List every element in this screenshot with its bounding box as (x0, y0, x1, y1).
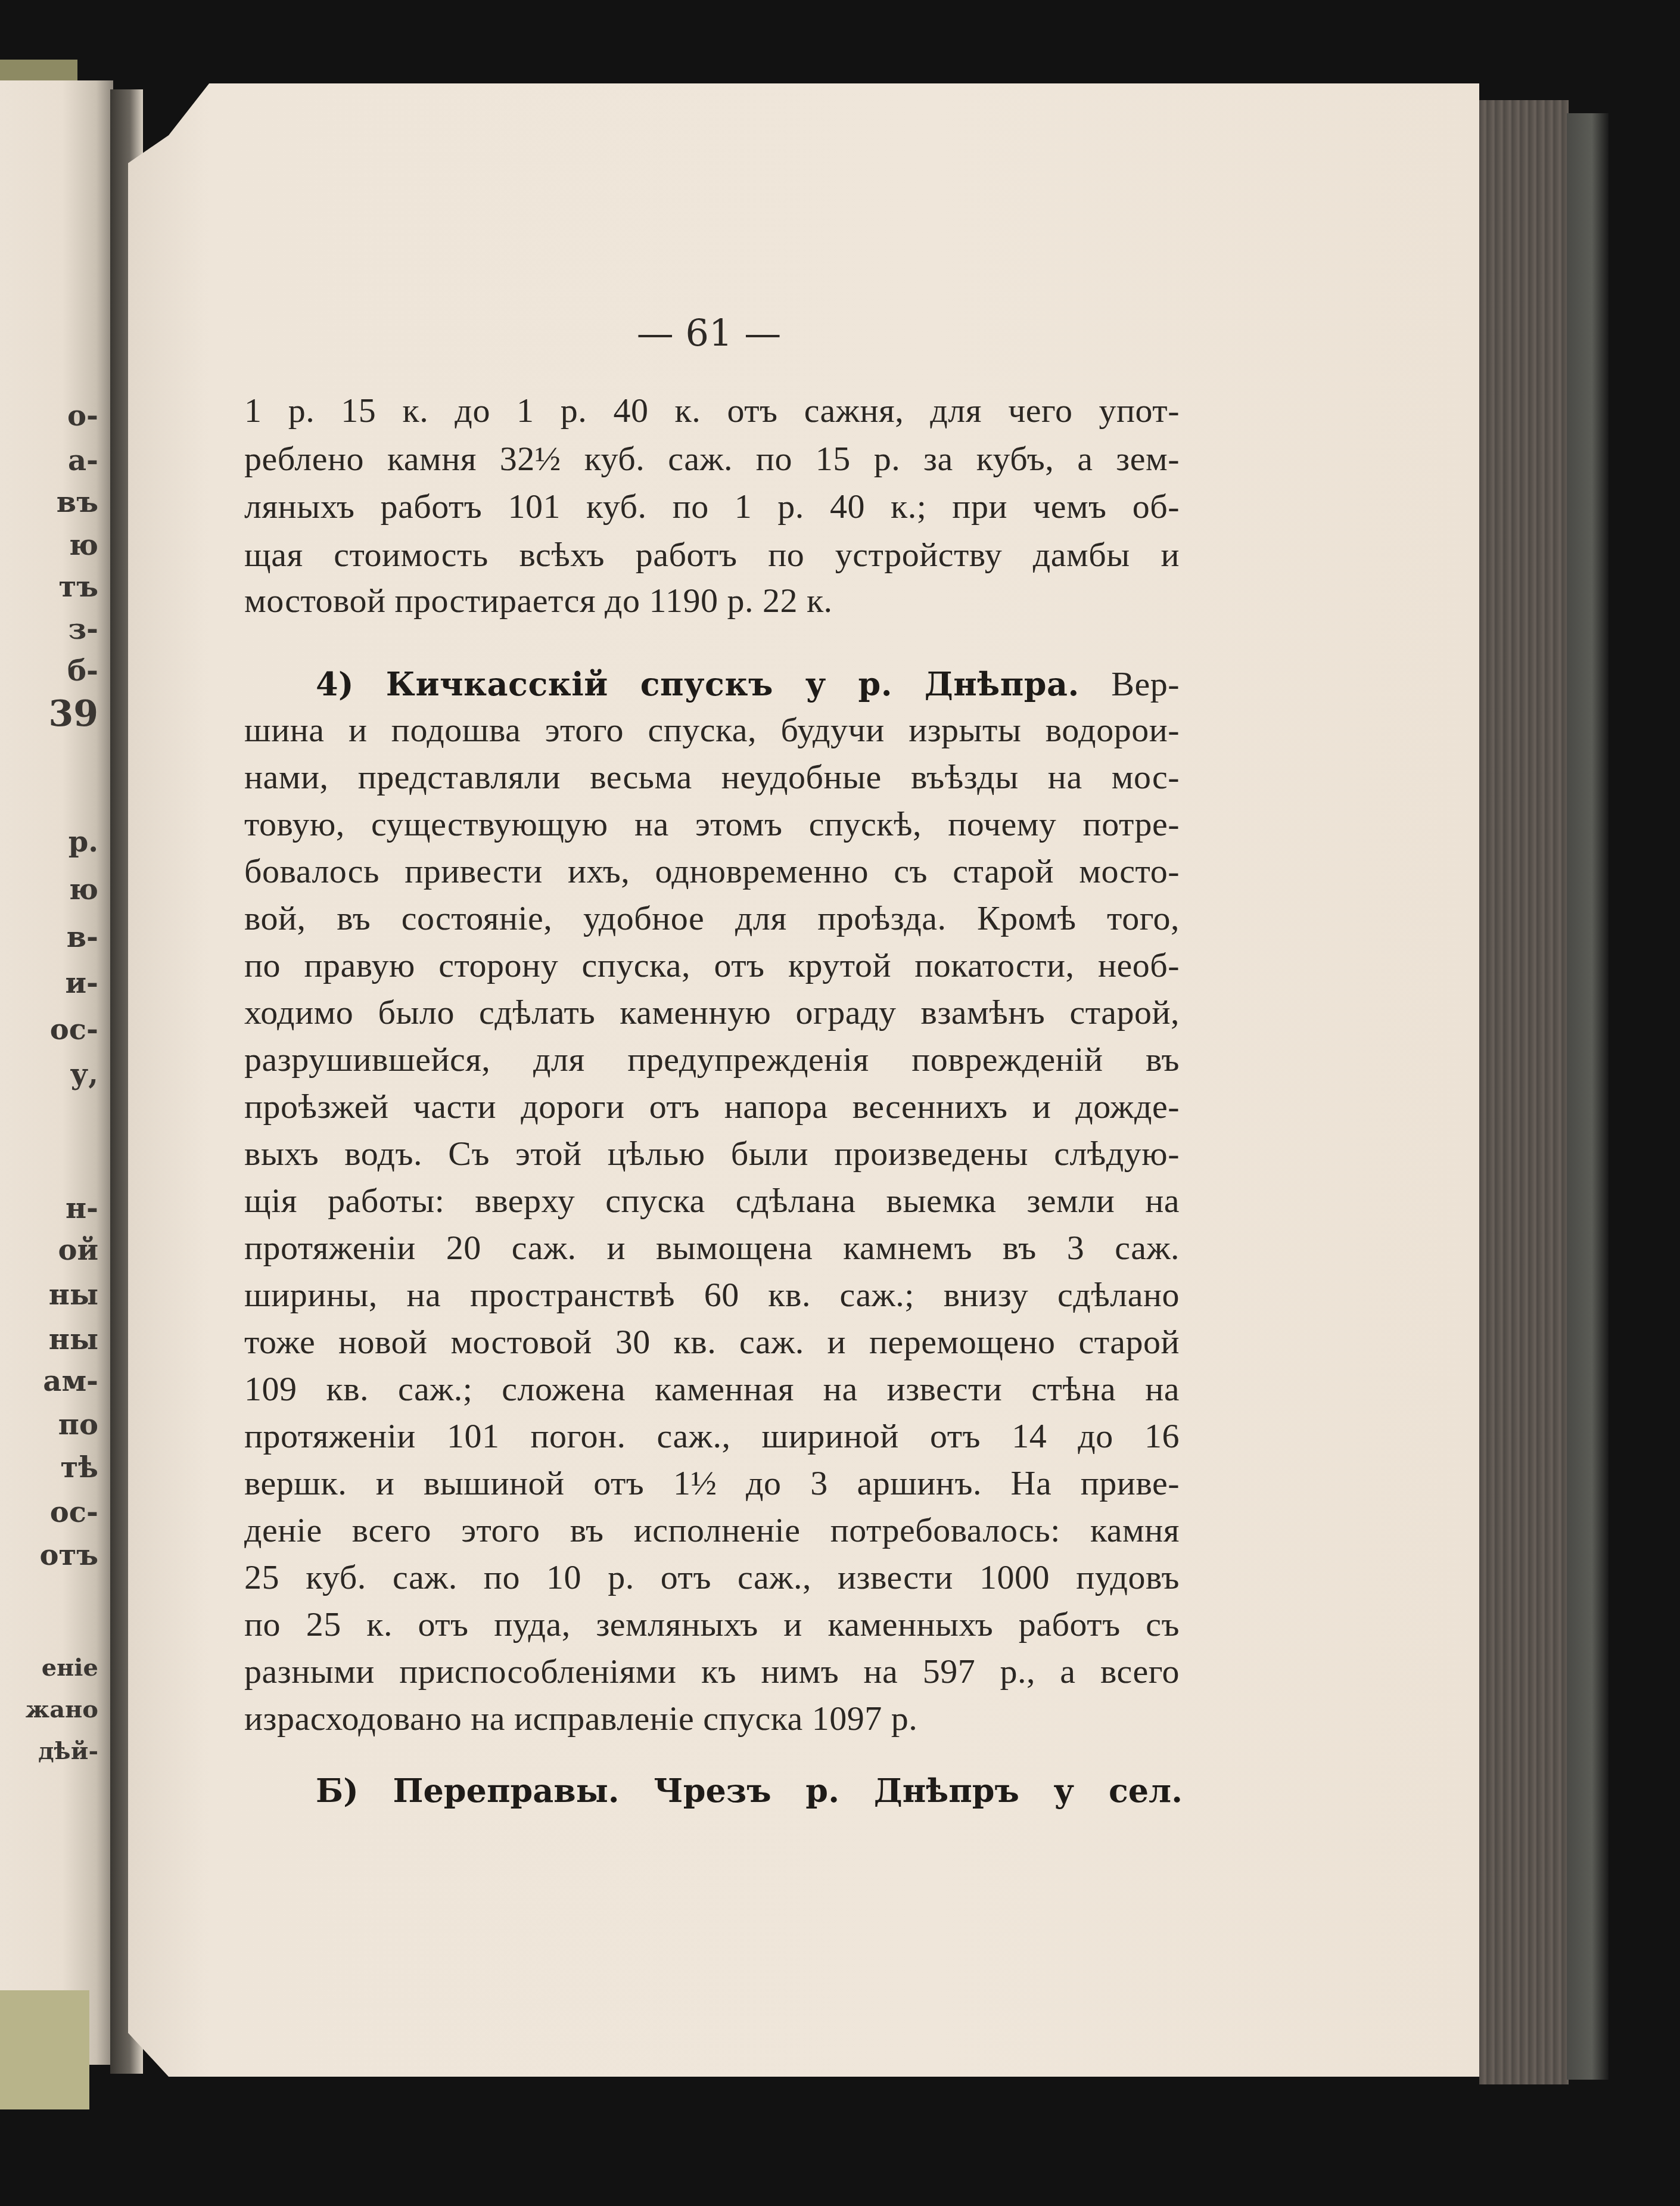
text-line: по 25 к. отъ пуда, земляныхъ и каменныхъ… (244, 1604, 1180, 1645)
text-line: мостовой простирается до 1190 р. 22 к. (244, 580, 1180, 622)
text-line: 25 куб. саж. по 10 р. отъ саж., извести … (244, 1556, 1180, 1598)
text-line: разрушившейся, для предупрежденія повреж… (244, 1039, 1180, 1080)
left-fragment: еніе (0, 1654, 113, 1682)
left-fragment: б- (0, 654, 113, 688)
left-fragment: отъ (0, 1539, 113, 1572)
left-fragment: тъ (0, 570, 113, 604)
left-fragment: ой (0, 1234, 113, 1267)
left-fragment: ны (0, 1323, 113, 1356)
text-line: израсходовано на исправленіе спуска 1097… (244, 1698, 1180, 1739)
text-line: вой, въ состояніе, удобное для проѣзда. … (244, 897, 1180, 939)
section-4-heading-line: 4) Кичкасскій спускъ у р. Днѣпра. Вер- (316, 663, 1180, 704)
left-fragment: а- (0, 444, 113, 477)
text-line: 1 р. 15 к. до 1 р. 40 к. отъ сажня, для … (244, 390, 1180, 431)
text-line: проѣзжей части дороги отъ напора весенни… (244, 1086, 1180, 1127)
left-fragment: ю (0, 873, 113, 906)
text-line: ширины, на пространствѣ 60 кв. саж.; вни… (244, 1274, 1180, 1316)
text-line: шина и подошва этого спуска, будучи изры… (244, 709, 1180, 751)
left-fragment: жано (0, 1695, 113, 1723)
book-page-block-edge (1479, 100, 1569, 2084)
left-cover-edge-bottom (0, 1990, 89, 2109)
text-line: деніе всего этого въ исполненіе потребов… (244, 1509, 1180, 1551)
section-4-heading-tail: Вер- (1111, 664, 1180, 703)
left-fragment: з- (0, 613, 113, 646)
left-fragment: ос- (0, 1013, 113, 1046)
text-line: щія работы: вверху спуска сдѣлана выемка… (244, 1180, 1180, 1222)
text-line: протяженіи 20 саж. и вымощена камнемъ въ… (244, 1227, 1180, 1269)
section-b-heading: Б) Переправы. Чрезъ р. Днѣпръ у сел. (316, 1770, 1183, 1812)
left-fragment: и- (0, 967, 113, 1000)
text-line: товую, существующую на этомъ спускѣ, поч… (244, 803, 1180, 845)
text-line: протяженіи 101 погон. саж., шириной отъ … (244, 1415, 1180, 1457)
left-fragment: ю (0, 529, 113, 562)
left-facing-page: о- а- въ ю тъ з- б- 39 р. ю в- и- ос- у,… (0, 80, 113, 2065)
left-fragment: тѣ (0, 1451, 113, 1484)
text-line: по правую сторону спуска, отъ крутой пок… (244, 944, 1180, 986)
text-line: ходимо было сдѣлать каменную ограду взам… (244, 992, 1180, 1033)
left-fragment: ам- (0, 1365, 113, 1398)
left-fragment: въ (0, 486, 113, 519)
text-line: реблено камня 32½ куб. саж. по 15 р. за … (244, 438, 1180, 480)
page-number: — 61 — (631, 311, 786, 355)
text-line: бовалось привести ихъ, одновременно съ с… (244, 850, 1180, 892)
text-line: тоже новой мостовой 30 кв. саж. и перемо… (244, 1321, 1180, 1363)
text-line: вершк. и вышиной отъ 1½ до 3 аршинъ. На … (244, 1462, 1180, 1504)
left-fragment: р. (0, 825, 113, 859)
left-cover-edge-top (0, 60, 77, 83)
text-line: разными приспособленіями къ нимъ на 597 … (244, 1651, 1180, 1692)
left-fragment: ны (0, 1278, 113, 1312)
left-fragment: ос- (0, 1496, 113, 1529)
left-fragment: 39 (0, 693, 113, 735)
text-line: ляныхъ работъ 101 куб. по 1 р. 40 к.; пр… (244, 486, 1180, 527)
text-line: выхъ водъ. Съ этой цѣлью были произведен… (244, 1133, 1180, 1175)
left-fragment: у, (0, 1058, 113, 1091)
text-line: нами, представляли весьма неудобные въѣз… (244, 756, 1180, 798)
left-fragment: по (0, 1408, 113, 1441)
text-line: 109 кв. саж.; сложена каменная на извест… (244, 1368, 1180, 1410)
left-fragment: о- (0, 399, 113, 433)
left-fragment: дѣй- (0, 1737, 113, 1765)
section-4-heading: 4) Кичкасскій спускъ у р. Днѣпра. (316, 665, 1079, 703)
book-cover-edge-right (1567, 113, 1609, 2080)
text-line: щая стоимость всѣхъ работъ по устройству… (244, 534, 1180, 576)
left-fragment: н- (0, 1192, 113, 1225)
left-fragment: в- (0, 921, 113, 954)
